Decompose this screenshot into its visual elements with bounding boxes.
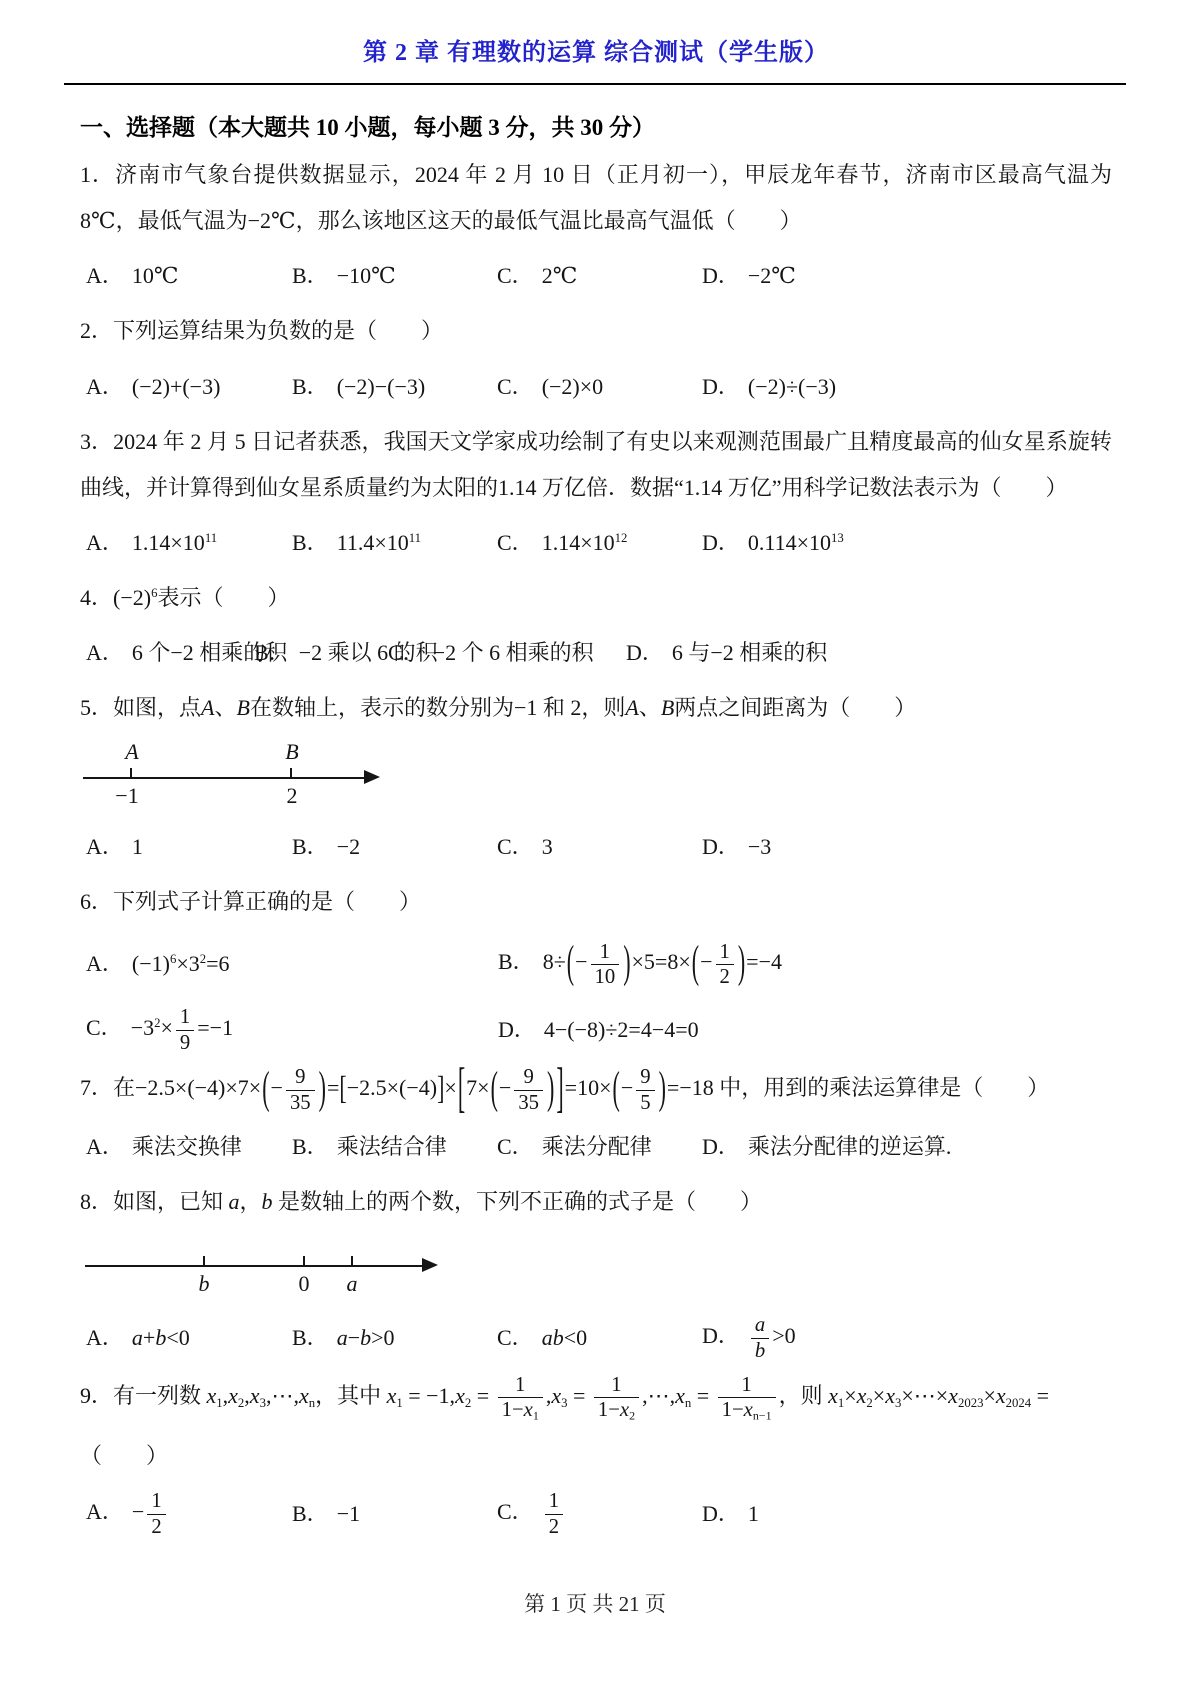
question-5: 5．如图，点A、B在数轴上，表示的数分别为−1 和 2，则A、B两点之间距离为（…	[80, 685, 1112, 869]
option-label: A．	[86, 951, 124, 976]
option-formula: 11.4×1011	[337, 530, 421, 555]
question-9: 9．有一列数 x1,x2,x3,⋯,xn，其中 x1 = −1,x2 = 11−…	[80, 1373, 1112, 1539]
question-1: 1．济南市气象台提供数据显示，2024 年 2 月 10 日（正月初一），甲辰龙…	[80, 152, 1112, 298]
q3-options: A．1.14×1011 B．11.4×1011 C．1.14×1012 D．0.…	[80, 521, 1112, 565]
option-formula: 1.14×1012	[542, 530, 628, 555]
q3-option-d: D．0.114×1013	[702, 521, 1112, 565]
title-divider	[64, 83, 1126, 85]
option-label: A．	[86, 530, 124, 555]
q2-option-c: C．(−2)×0	[497, 365, 702, 409]
option-text: 6 与−2 相乘的积	[672, 640, 827, 665]
tick-value-b: 2	[287, 783, 298, 809]
option-text: −2 个 6 相乘的积	[433, 640, 594, 665]
option-text: (−2)÷(−3)	[748, 374, 836, 399]
q7-option-d: D．乘法分配律的逆运算.	[702, 1125, 1112, 1169]
option-formula: 8÷(−110)×5=8×(−12)=−4	[543, 949, 782, 974]
option-label: D．	[626, 640, 664, 665]
q6-option-b: B．8÷(−110)×5=8×(−12)=−4	[498, 940, 1112, 990]
option-label: D．	[702, 530, 740, 555]
page-number: 第 1 页 共 21 页	[0, 1588, 1190, 1618]
q9-options: A．−12 B．−1 C．12 D．1	[80, 1489, 1112, 1539]
option-label: D．	[702, 374, 740, 399]
option-label: A．	[86, 374, 124, 399]
question-8: 8．如图，已知 a，b 是数轴上的两个数，下列不正确的式子是（ ） b 0 a …	[80, 1179, 1112, 1363]
q6-option-c: C．−32×19=−1	[86, 1005, 498, 1055]
axis-tick	[130, 768, 132, 777]
q8-option-c: C．ab<0	[497, 1316, 702, 1360]
q8-option-b: B．a−b>0	[292, 1316, 497, 1360]
q9-option-a: A．−12	[86, 1489, 292, 1539]
q2-options: A．(−2)+(−3) B．(−2)−(−3) C．(−2)×0 D．(−2)÷…	[80, 365, 1112, 409]
option-text: 2℃	[542, 263, 578, 288]
option-formula: ab<0	[542, 1325, 587, 1350]
q5-option-b: B．−2	[292, 825, 497, 869]
option-text: 3	[542, 834, 553, 859]
q1-option-a: A．10℃	[86, 254, 292, 298]
option-label: B．	[292, 1134, 329, 1159]
q4-option-a: A．6 个−2 相乘的积	[86, 631, 254, 675]
option-label: D．	[702, 834, 740, 859]
option-formula: ab>0	[748, 1323, 796, 1348]
axis-arrow	[422, 1258, 438, 1272]
option-label: A．	[86, 640, 124, 665]
option-formula: 4−(−8)÷2=4−4=0	[544, 1017, 699, 1042]
option-text: (−2)−(−3)	[337, 374, 426, 399]
option-label: B．	[292, 263, 329, 288]
option-label: A．	[86, 834, 124, 859]
point-label-b: B	[285, 739, 298, 765]
option-text: (−2)+(−3)	[132, 374, 221, 399]
q5-stem: 5．如图，点A、B在数轴上，表示的数分别为−1 和 2，则A、B两点之间距离为（…	[80, 685, 1112, 731]
option-formula: 0.114×1013	[748, 530, 844, 555]
option-label: B．	[292, 1325, 329, 1350]
option-formula: (−1)6×32=6	[132, 951, 230, 976]
option-label: D．	[702, 1134, 740, 1159]
q6-option-d: D．4−(−8)÷2=4−4=0	[498, 1008, 1112, 1052]
q9-answer-blank: （ ）	[80, 1433, 1112, 1479]
q1-option-b: B．−10℃	[292, 254, 497, 298]
option-label: A．	[86, 1134, 124, 1159]
q9-option-b: B．−1	[292, 1492, 497, 1536]
q1-options: A．10℃ B．−10℃ C．2℃ D．−2℃	[80, 254, 1112, 298]
q6-options: A．(−1)6×32=6 B．8÷(−110)×5=8×(−12)=−4 C．−…	[80, 940, 1112, 1056]
option-label: D．	[702, 1501, 740, 1526]
q8-number-line-diagram: b 0 a	[85, 1231, 1112, 1303]
q3-option-c: C．1.14×1012	[497, 521, 702, 565]
q7-stem: 7．在−2.5×(−4)×7×(−935)=[−2.5×(−4)]×[7×(−9…	[80, 1065, 1112, 1115]
q8-options: A．a+b<0 B．a−b>0 C．ab<0 D．ab>0	[80, 1313, 1112, 1363]
option-label: C．	[497, 374, 534, 399]
q3-option-a: A．1.14×1011	[86, 521, 292, 565]
q2-option-d: D．(−2)÷(−3)	[702, 365, 1112, 409]
option-text: 乘法分配律的逆运算.	[748, 1134, 952, 1159]
tick-label-zero: 0	[299, 1271, 310, 1297]
question-7: 7．在−2.5×(−4)×7×(−935)=[−2.5×(−4)]×[7×(−9…	[80, 1065, 1112, 1169]
point-label-a: A	[125, 739, 138, 765]
option-label: A．	[86, 1499, 124, 1524]
number-line-axis	[85, 1265, 423, 1267]
q7-options: A．乘法交换律 B．乘法结合律 C．乘法分配律 D．乘法分配律的逆运算.	[80, 1125, 1112, 1169]
option-label: B．	[254, 640, 291, 665]
option-formula: 1	[748, 1501, 759, 1526]
option-text: (−2)×0	[542, 374, 603, 399]
q9-option-c: C．12	[497, 1489, 702, 1539]
q1-option-c: C．2℃	[497, 254, 702, 298]
option-label: C．	[497, 1325, 534, 1350]
q5-option-a: A．1	[86, 825, 292, 869]
q4-options: A．6 个−2 相乘的积 B．−2 乘以 6 的积 C．−2 个 6 相乘的积 …	[80, 631, 1112, 675]
q5-options: A．1 B．−2 C．3 D．−3	[80, 825, 1112, 869]
q5-option-d: D．−3	[702, 825, 1112, 869]
option-formula: −1	[337, 1501, 360, 1526]
option-label: B．	[292, 374, 329, 399]
q3-stem: 3．2024 年 2 月 5 日记者获悉，我国天文学家成功绘制了有史以来观测范围…	[80, 419, 1112, 511]
option-text: 乘法交换律	[132, 1134, 242, 1159]
option-label: C．	[497, 834, 534, 859]
option-formula: a+b<0	[132, 1325, 190, 1350]
q7-option-a: A．乘法交换律	[86, 1125, 292, 1169]
q8-option-a: A．a+b<0	[86, 1316, 292, 1360]
tick-value-a: −1	[115, 783, 138, 809]
option-text: 10℃	[132, 263, 179, 288]
option-label: B．	[292, 834, 329, 859]
option-label: D．	[702, 1323, 740, 1348]
option-formula: 12	[542, 1499, 566, 1524]
option-label: B．	[292, 1501, 329, 1526]
q4-option-c: C．−2 个 6 相乘的积	[388, 631, 626, 675]
option-label: A．	[86, 1325, 124, 1350]
tick-label-a: a	[347, 1271, 358, 1297]
option-formula: a−b>0	[337, 1325, 395, 1350]
option-label: C．	[497, 263, 534, 288]
option-label: B．	[292, 530, 329, 555]
option-label: C．	[497, 1134, 534, 1159]
q6-option-a: A．(−1)6×32=6	[86, 942, 498, 986]
q8-stem: 8．如图，已知 a，b 是数轴上的两个数，下列不正确的式子是（ ）	[80, 1179, 1112, 1225]
option-text: 1	[132, 834, 143, 859]
option-label: B．	[498, 949, 535, 974]
option-label: A．	[86, 263, 124, 288]
q1-stem: 1．济南市气象台提供数据显示，2024 年 2 月 10 日（正月初一），甲辰龙…	[80, 152, 1112, 244]
option-text: −3	[748, 834, 771, 859]
q7-option-c: C．乘法分配律	[497, 1125, 702, 1169]
tick-label-b: b	[199, 1271, 210, 1297]
q9-stem: 9．有一列数 x1,x2,x3,⋯,xn，其中 x1 = −1,x2 = 11−…	[80, 1373, 1112, 1423]
option-label: C．	[497, 530, 534, 555]
question-2: 2．下列运算结果为负数的是（ ） A．(−2)+(−3) B．(−2)−(−3)…	[80, 308, 1112, 408]
axis-tick	[203, 1256, 205, 1265]
axis-tick	[303, 1256, 305, 1265]
question-3: 3．2024 年 2 月 5 日记者获悉，我国天文学家成功绘制了有史以来观测范围…	[80, 419, 1112, 565]
option-formula: −32×19=−1	[131, 1015, 233, 1040]
q5-number-line-diagram: A B −1 2	[83, 737, 1112, 815]
q6-stem: 6．下列式子计算正确的是（ ）	[80, 879, 1112, 925]
option-label: D．	[702, 263, 740, 288]
option-label: C．	[388, 640, 425, 665]
q4-stem: 4．(−2)6表示（ ）	[80, 575, 1112, 621]
q3-option-b: B．11.4×1011	[292, 521, 497, 565]
q2-stem: 2．下列运算结果为负数的是（ ）	[80, 308, 1112, 354]
q2-option-a: A．(−2)+(−3)	[86, 365, 292, 409]
axis-arrow	[364, 770, 380, 784]
option-formula: 1.14×1011	[132, 530, 217, 555]
exam-page: 第 2 章 有理数的运算 综合测试（学生版） 一、选择题（本大题共 10 小题，…	[0, 0, 1190, 1682]
q4-option-b: B．−2 乘以 6 的积	[254, 631, 388, 675]
option-text: −10℃	[337, 263, 396, 288]
q5-option-c: C．3	[497, 825, 702, 869]
option-label: C．	[86, 1015, 123, 1040]
section-heading: 一、选择题（本大题共 10 小题，每小题 3 分，共 30 分）	[80, 109, 1112, 142]
option-text: −2	[337, 834, 360, 859]
option-formula: −12	[132, 1499, 169, 1524]
axis-tick	[351, 1256, 353, 1265]
q9-option-d: D．1	[702, 1492, 1112, 1536]
option-label: D．	[498, 1017, 536, 1042]
axis-tick	[290, 768, 292, 777]
page-title: 第 2 章 有理数的运算 综合测试（学生版）	[80, 32, 1112, 67]
number-line-axis	[83, 777, 365, 779]
question-6: 6．下列式子计算正确的是（ ） A．(−1)6×32=6 B．8÷(−110)×…	[80, 879, 1112, 1055]
option-text: 乘法结合律	[337, 1134, 447, 1159]
q4-option-d: D．6 与−2 相乘的积	[626, 631, 1112, 675]
option-text: −2℃	[748, 263, 796, 288]
q8-option-d: D．ab>0	[702, 1313, 1112, 1363]
option-label: C．	[497, 1499, 534, 1524]
question-4: 4．(−2)6表示（ ） A．6 个−2 相乘的积 B．−2 乘以 6 的积 C…	[80, 575, 1112, 675]
q1-option-d: D．−2℃	[702, 254, 1112, 298]
q2-option-b: B．(−2)−(−3)	[292, 365, 497, 409]
